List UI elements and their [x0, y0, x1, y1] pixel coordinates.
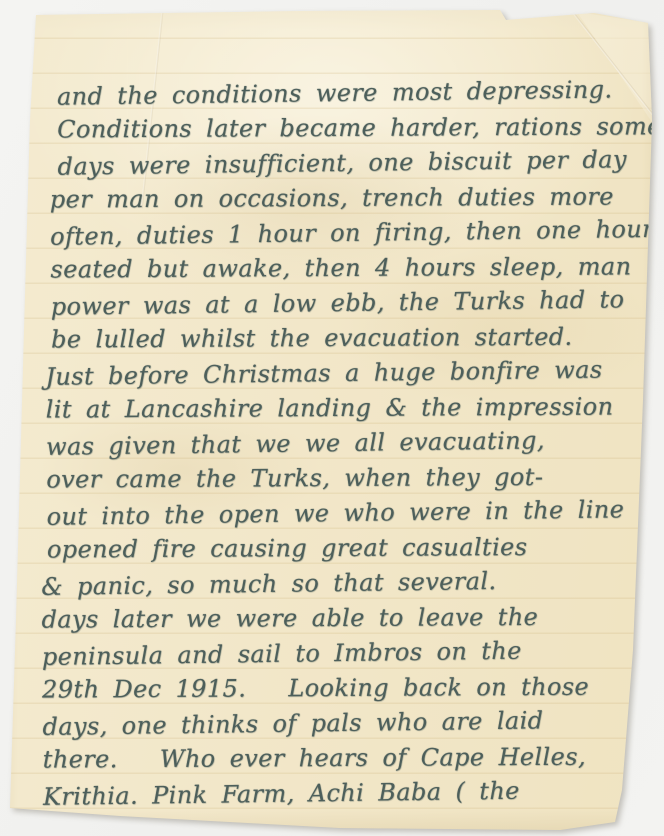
paper-shadow-wrap: and the conditions were most depressing.… — [0, 0, 664, 836]
handwritten-line: often, duties 1 hour on firing, then one… — [50, 212, 638, 255]
handwritten-line: Just before Christmas a huge bonfire was — [45, 352, 639, 395]
handwritten-line: peninsula and sail to Imbros on the — [42, 632, 642, 675]
handwritten-line: out into the open we who were in the lin… — [46, 492, 640, 535]
handwritten-line: power was at a low ebb, the Turks had to — [51, 282, 639, 325]
handwritten-line: lit at Lancashire landing & the impressi… — [46, 389, 640, 427]
handwritten-line: opened fire causing great casualties — [47, 529, 641, 567]
letter-page: and the conditions were most depressing.… — [0, 0, 664, 836]
handwritten-line: Conditions later became harder, rations … — [57, 109, 637, 147]
handwritten-line: there. Who ever hears of Cape Helles, — [43, 739, 643, 777]
handwritten-line: per man on occasions, trench duties more — [50, 179, 638, 217]
handwritten-line: Krithia. Pink Farm, Achi Baba ( the — [43, 772, 643, 815]
scan-background: and the conditions were most depressing.… — [0, 0, 664, 836]
handwritten-line: over came the Turks, when they got- — [46, 459, 640, 497]
handwritten-line: days were insufficient, one biscuit per … — [57, 142, 637, 185]
handwritten-line: and the conditions were most depressing. — [57, 72, 637, 115]
handwritten-line: days, one thinks of pals who are laid — [42, 702, 642, 745]
handwritten-line: days later we were able to leave the — [41, 599, 641, 637]
handwritten-line: was given that we we all evacuating, — [46, 422, 640, 465]
handwritten-line: & panic, so much so that several. — [41, 562, 641, 605]
handwritten-line: seated but awake, then 4 hours sleep, ma… — [50, 249, 638, 287]
handwritten-line: 29th Dec 1915. Looking back on those — [42, 669, 642, 707]
letter-body: and the conditions were most depressing.… — [37, 73, 643, 813]
handwritten-line: be lulled whilst the evacuation started. — [51, 319, 639, 357]
